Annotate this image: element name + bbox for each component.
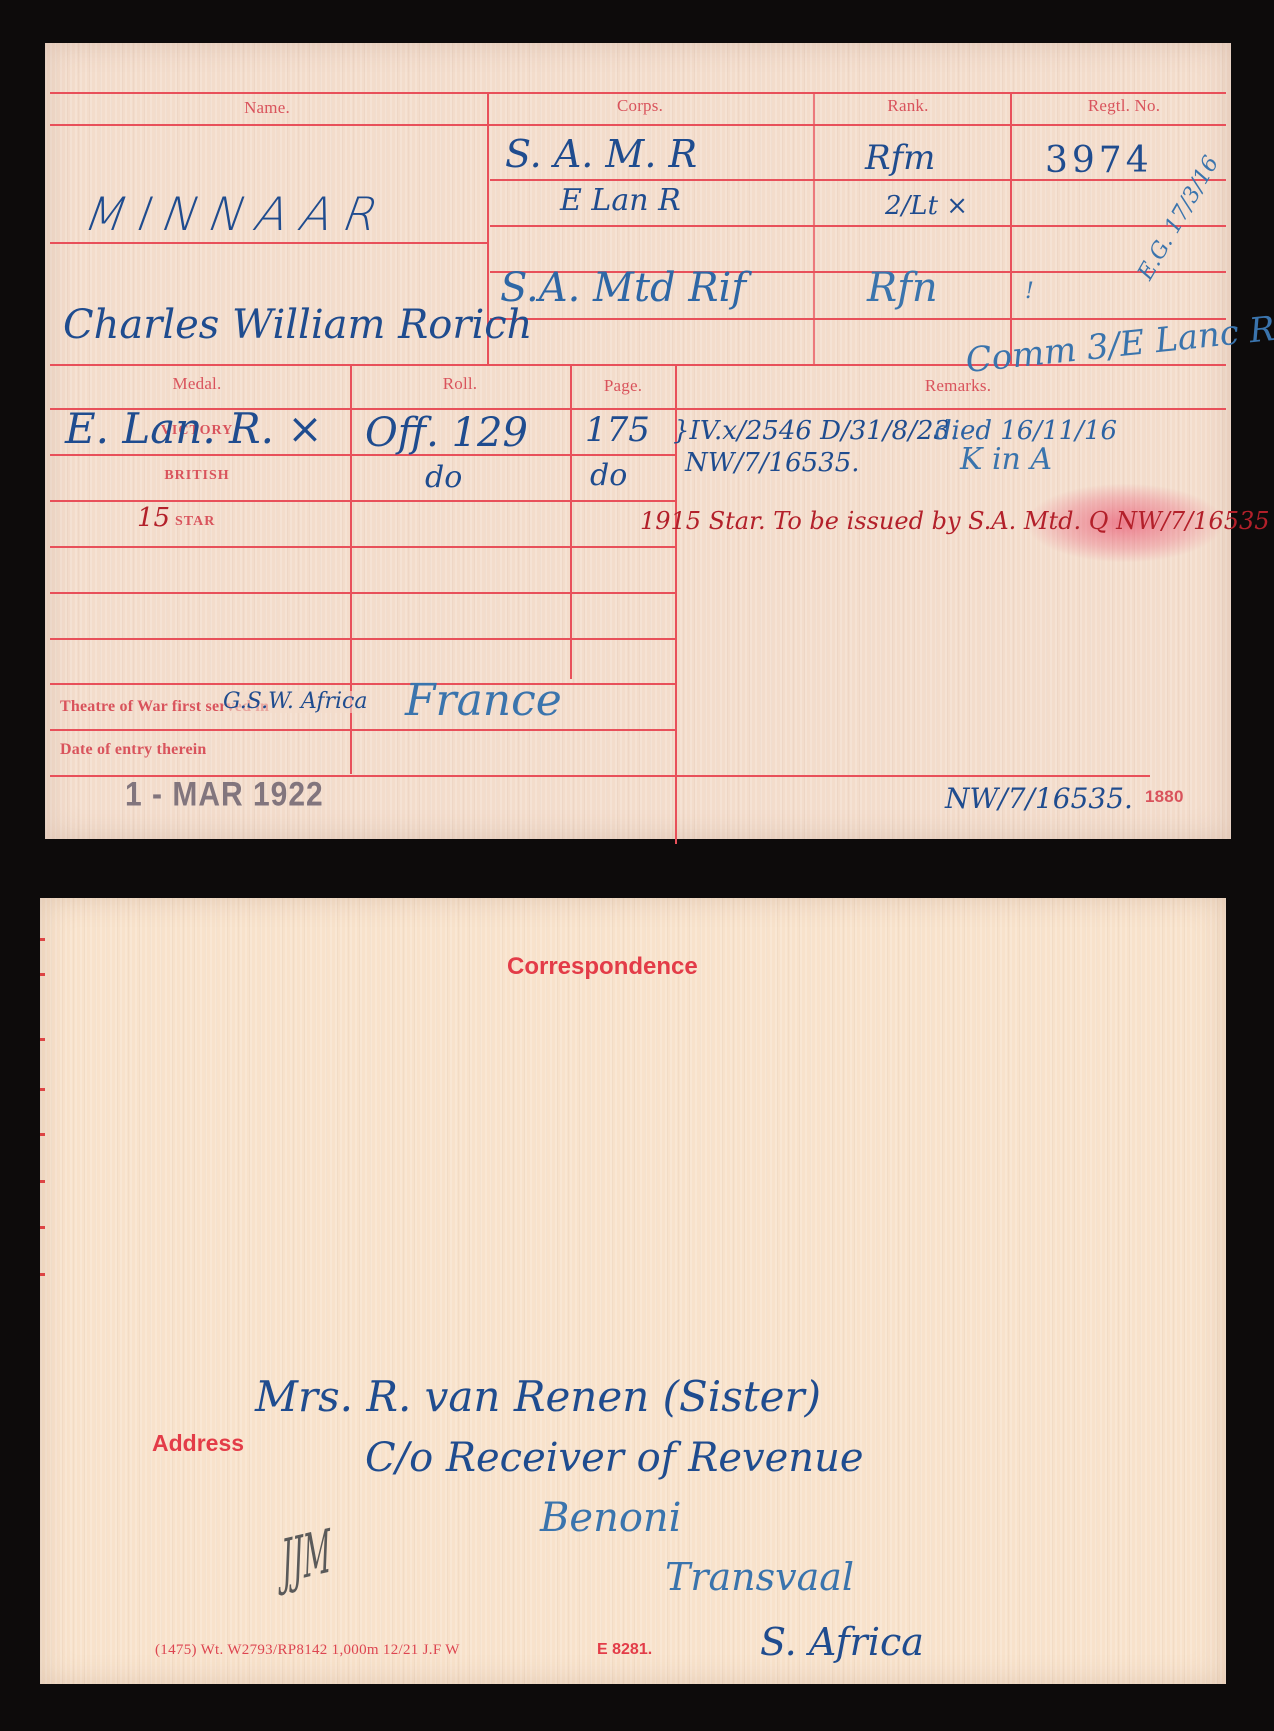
rule [50, 592, 677, 594]
rule [50, 546, 677, 548]
date-stamp: 1 - MAR 1922 [125, 775, 324, 814]
theatre-value-1: G.S.W. Africa [223, 691, 367, 713]
edge-tick [40, 1133, 45, 1136]
theatre-value-2: France [405, 679, 562, 723]
address-label: Address [152, 1430, 244, 1457]
address-line-3: Benoni [540, 1498, 681, 1538]
rule [490, 318, 1226, 320]
corps-entry-3: S.A. Mtd Rif [500, 268, 746, 308]
remarks-line-1: }IV.x/2546 D/31/8/23. [673, 418, 958, 444]
rule [50, 454, 677, 456]
remarks-header: Remarks. [925, 376, 991, 396]
edge-tick [40, 1226, 45, 1229]
corps-entry-1: S. A. M. R [505, 135, 697, 173]
date-entry-label: Date of entry therein [60, 741, 207, 759]
star-label: STAR [175, 514, 215, 530]
bottom-reference: NW/7/16535. [945, 785, 1133, 813]
corps-entry-2: E Lan R [560, 186, 681, 216]
rank-header: Rank. [887, 96, 928, 116]
address-line-1: Mrs. R. van Renen (Sister) [255, 1376, 821, 1418]
british-label: BRITISH [164, 468, 229, 484]
edge-tick [40, 1180, 45, 1183]
remarks-red-note: 1915 Star. To be issued by S.A. Mtd. Q N… [640, 509, 1270, 533]
form-number: E 8281. [597, 1641, 652, 1659]
rule [570, 364, 572, 679]
medal-card-back: Correspondence Address Mrs. R. van Renen… [40, 898, 1226, 1684]
rank-entry-1: Rfm [865, 141, 935, 175]
corps-header: Corps. [617, 96, 663, 116]
roll-header: Roll. [443, 374, 478, 394]
regtl-no-header: Regtl. No. [1088, 96, 1160, 116]
rank-entry-3: Rfn [867, 268, 938, 308]
medal-header: Medal. [173, 374, 222, 394]
edge-tick [40, 1273, 45, 1276]
rule [50, 124, 1226, 126]
rule [1010, 92, 1012, 364]
forenames: Charles William Rorich [63, 305, 532, 345]
rule [813, 92, 815, 364]
page-header: Page. [604, 376, 642, 396]
correspondence-title: Correspondence [507, 953, 698, 981]
rule [50, 638, 677, 640]
printer-line: (1475) Wt. W2793/RP8142 1,000m 12/21 J.F… [155, 1642, 460, 1659]
roll-entry-1: Off. 129 [365, 413, 528, 453]
remarks-line-2b: K in A [960, 445, 1052, 475]
regtl-no-mark: ! [1025, 281, 1034, 303]
regtl-no-entry: 3974 [1045, 143, 1153, 179]
page-entry-1: 175 [585, 413, 650, 447]
medal-card-front: Name. Corps. Rank. Regtl. No. MINNAAR Ch… [45, 43, 1231, 839]
rule [50, 92, 1226, 94]
rule [50, 683, 677, 685]
surname: MINNAAR [79, 191, 398, 237]
roll-entry-2: do [425, 463, 462, 493]
edge-tick [40, 973, 45, 976]
edge-tick [40, 1088, 45, 1091]
address-line-4: Transvaal [665, 1558, 854, 1596]
name-header: Name. [244, 98, 290, 118]
medal-entry-star: 15 [137, 505, 170, 531]
page-entry-2: do [590, 461, 627, 491]
card-number: 1880 [1145, 787, 1184, 807]
remarks-line-2: NW/7/16535. [685, 450, 860, 476]
rule [50, 500, 677, 502]
rule [50, 242, 487, 244]
rank-entry-2: 2/Lt × [885, 193, 968, 219]
edge-tick [40, 1038, 45, 1041]
remarks-line-1b: died 16/11/16 [935, 418, 1117, 444]
rule [490, 225, 1226, 227]
rule [50, 729, 677, 731]
edge-tick [40, 938, 45, 941]
medal-entry-victory: E. Lan. R. × [65, 408, 323, 450]
address-line-5: S. Africa [760, 1623, 924, 1661]
pencil-initials: JJM [280, 1517, 332, 1598]
address-line-2: C/o Receiver of Revenue [365, 1438, 864, 1478]
